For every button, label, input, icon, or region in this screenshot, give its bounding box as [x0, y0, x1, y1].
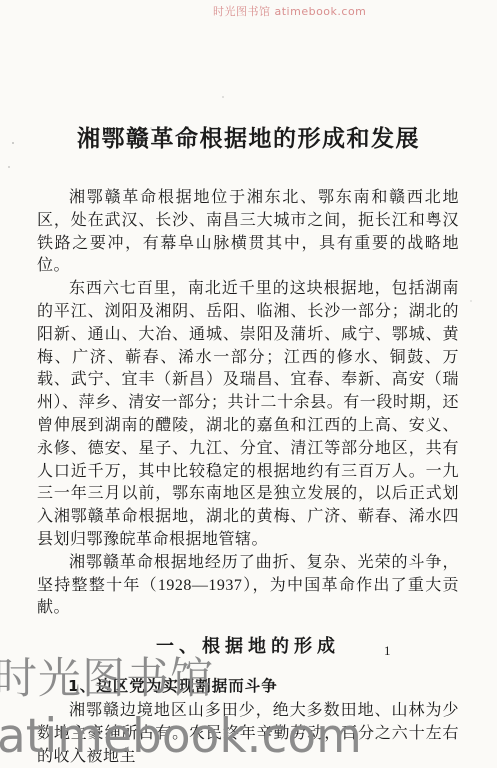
- paragraph-1: 湘鄂赣革命根据地位于湘东北、鄂东南和赣西北地区，处在武汉、长沙、南昌三大城市之间…: [37, 187, 459, 278]
- top-watermark-text: 时光图书馆 atimebook.com: [213, 3, 366, 19]
- paragraph-2: 东西六七百里，南北近千里的这块根据地，包括湖南的平江、浏阳及湘阴、岳阳、临湘、长…: [37, 278, 459, 552]
- scanned-book-page: 时光图书馆 atimebook.com 湘鄂赣革命根据地的形成和发展 湘鄂赣革命…: [0, 0, 497, 768]
- chapter-title: 湘鄂赣革命根据地的形成和发展: [0, 120, 497, 153]
- page-number: 1: [384, 643, 391, 659]
- bottom-watermark-url: atimebook.com: [0, 711, 362, 763]
- paragraph-3: 湘鄂赣革命根据地经历了曲折、复杂、光荣的斗争，坚持整整十年（1928—1937）…: [37, 552, 459, 620]
- paper-noise-specks: [0, 0, 2, 2]
- bottom-watermark-cjk: 时光图书馆: [0, 656, 214, 703]
